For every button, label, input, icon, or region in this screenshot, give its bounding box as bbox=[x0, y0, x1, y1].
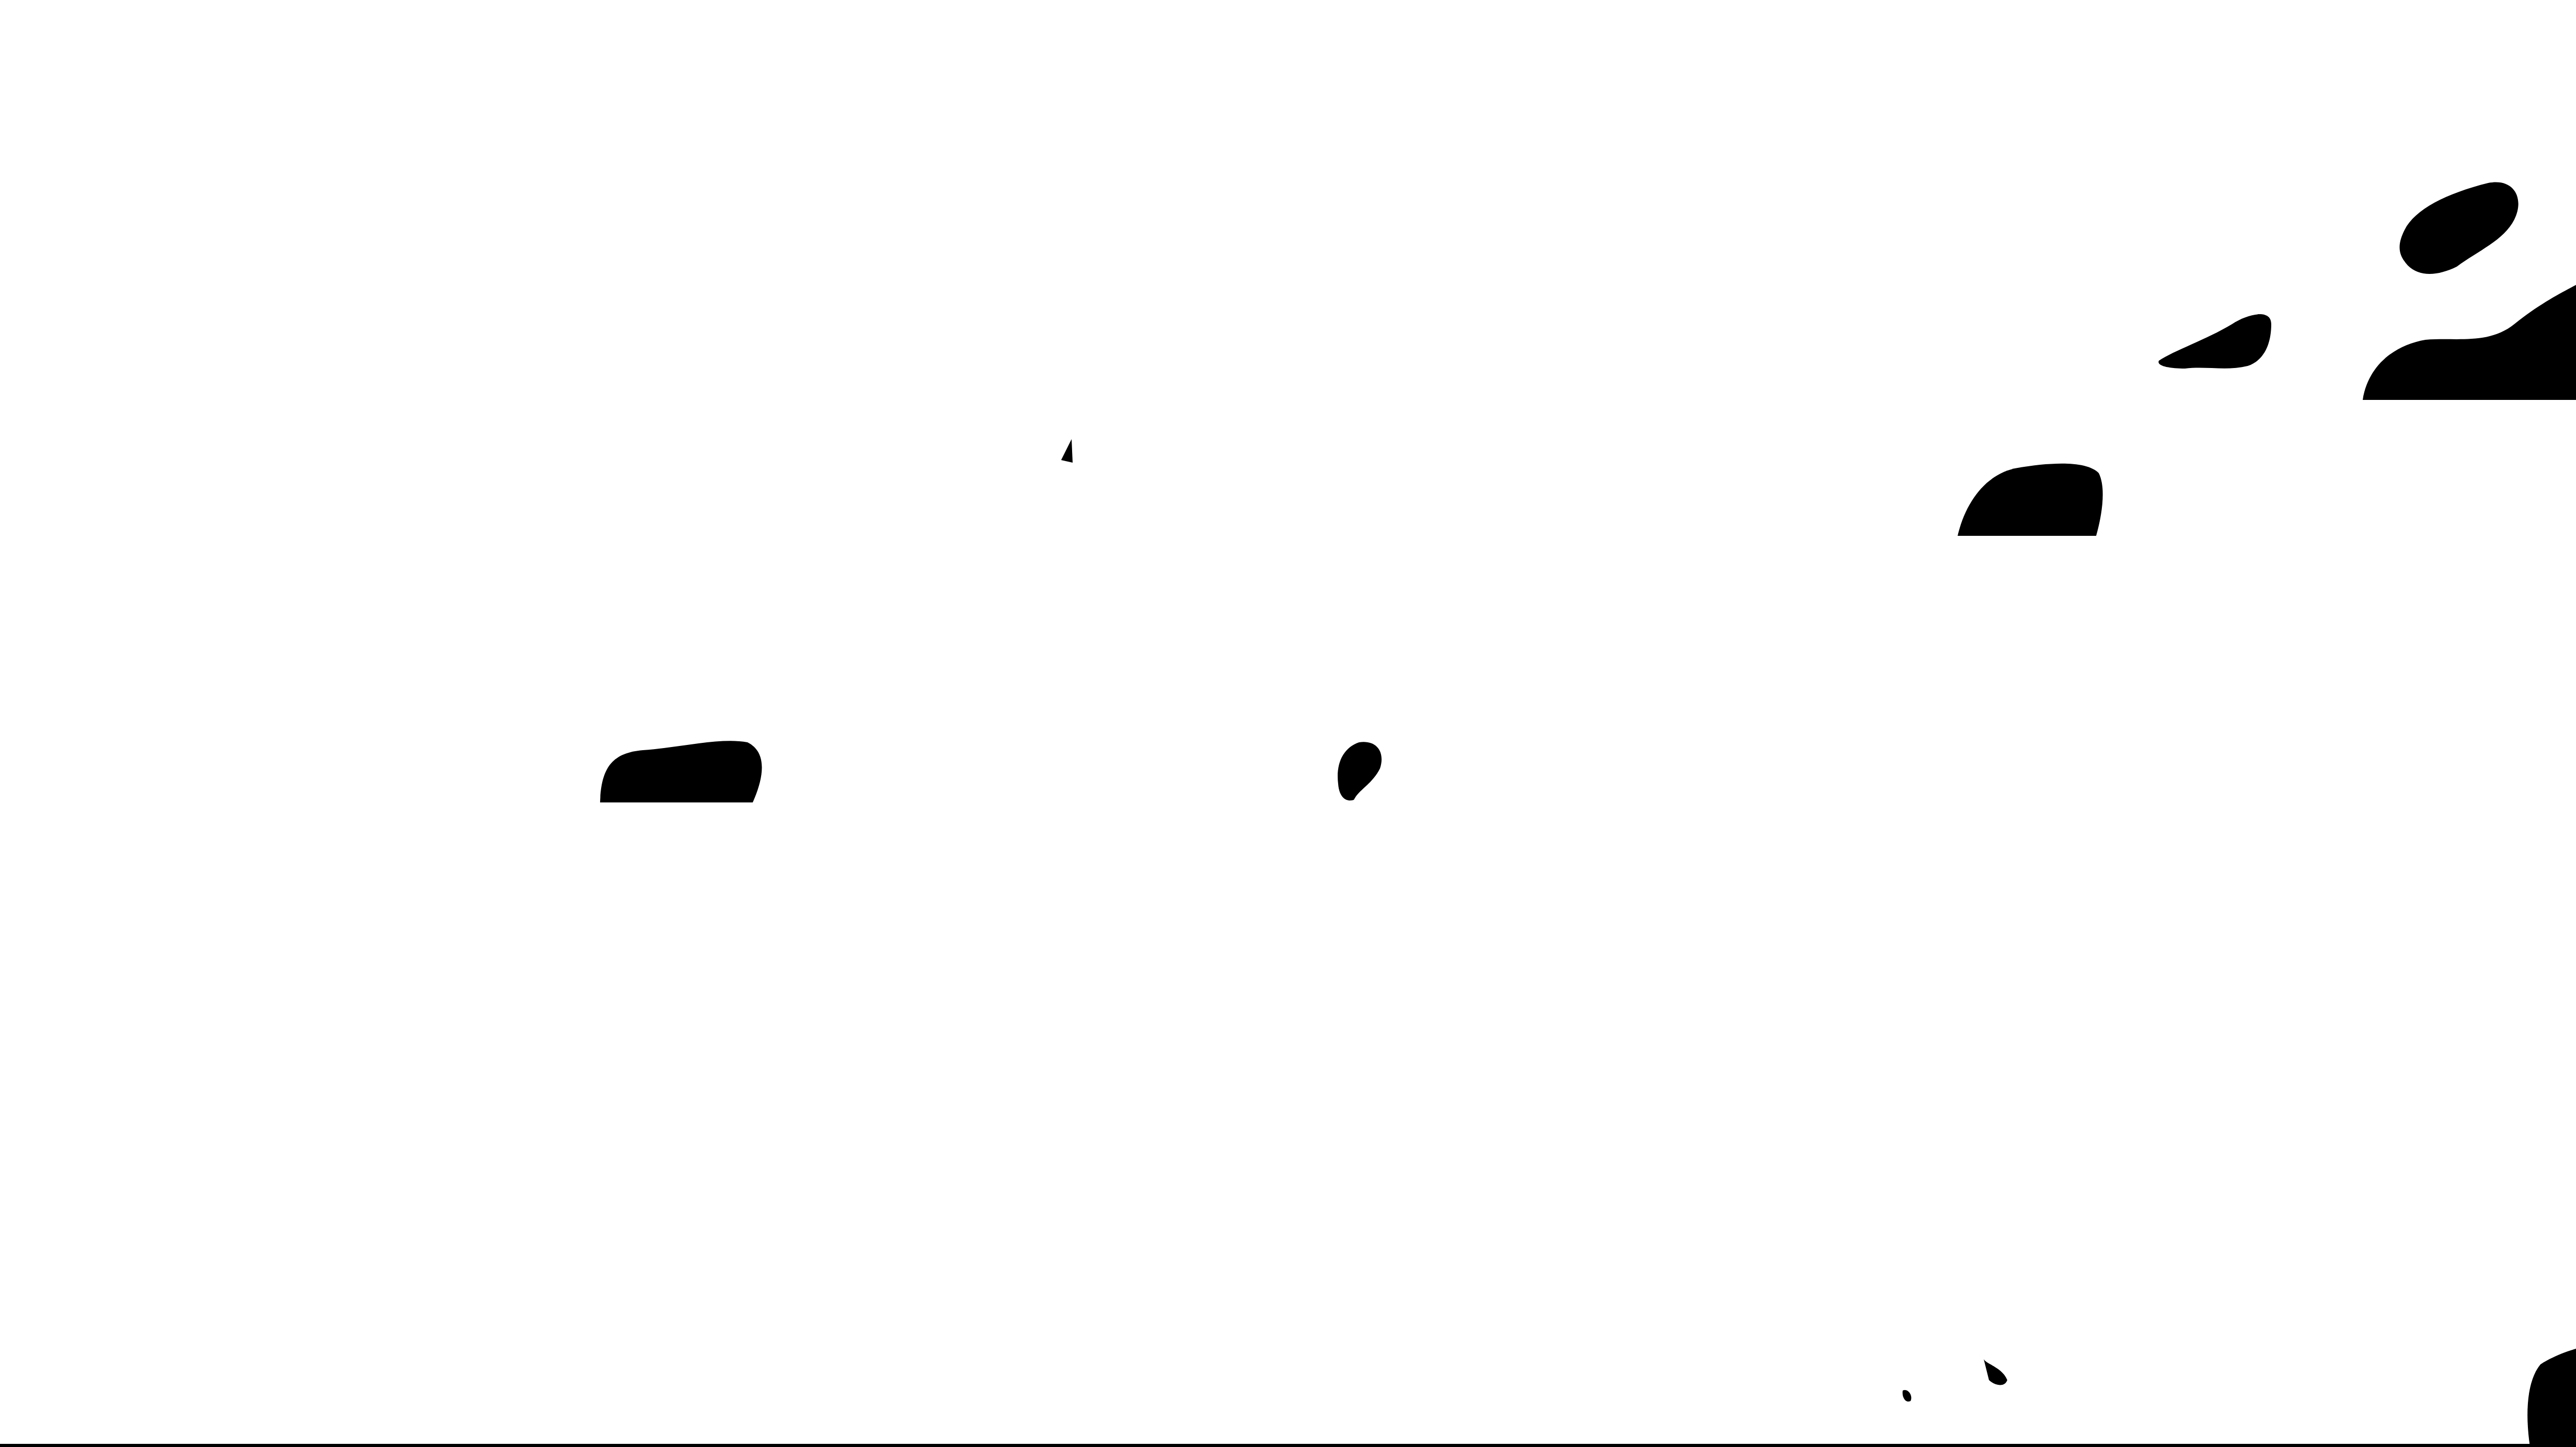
thresholded-image bbox=[0, 0, 2576, 1447]
blob-layer bbox=[0, 0, 2576, 1447]
background bbox=[0, 0, 2576, 1447]
bottom-edge-noise bbox=[0, 1444, 2576, 1447]
